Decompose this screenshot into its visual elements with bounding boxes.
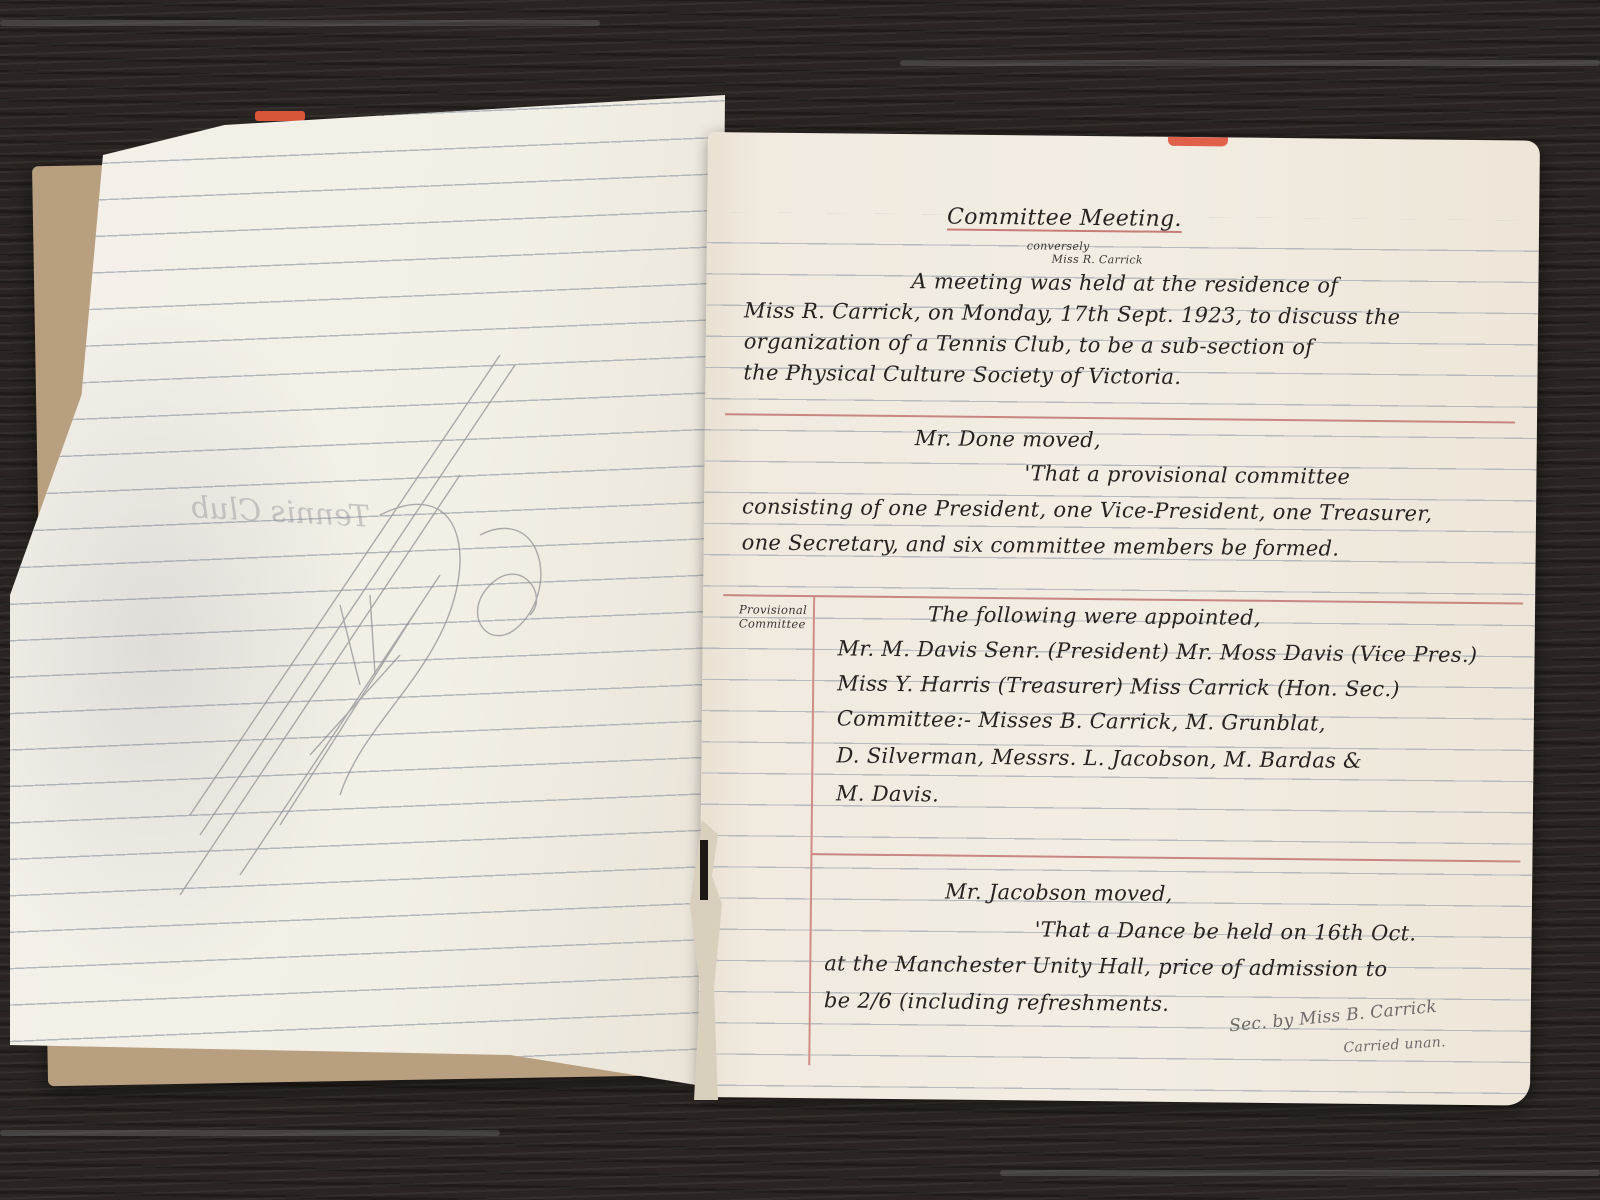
- insertion-name: Miss R. Carrick: [1052, 253, 1143, 267]
- meeting-title: Committee Meeting.: [947, 205, 1182, 232]
- margin-note: Provisional Committee: [739, 602, 829, 631]
- table-wood-grain: [1000, 1170, 1600, 1176]
- red-cover-tab: [255, 111, 305, 121]
- insertion-note: conversely: [1027, 239, 1090, 253]
- appointment-line: M. Davis.: [836, 781, 939, 806]
- pencil-scribble: [160, 355, 580, 915]
- spine-gap: [700, 840, 708, 900]
- red-page-tab: [1168, 137, 1228, 147]
- motion-line: 'That a Dance be held on 16th Oct.: [1035, 917, 1417, 945]
- motion-line: 'That a provisional committee: [1024, 461, 1350, 488]
- motion-mover: Mr. Done moved,: [915, 426, 1101, 452]
- paragraph-line: A meeting was held at the residence of: [911, 269, 1338, 297]
- left-page: Tennis Club: [10, 95, 725, 1095]
- table-wood-grain: [0, 1130, 500, 1136]
- table-wood-grain: [900, 60, 1600, 66]
- right-page: Committee Meeting. conversely Miss R. Ca…: [698, 132, 1540, 1106]
- appointment-line: Committee:- Misses B. Carrick, M. Grunbl…: [837, 706, 1326, 735]
- motion-line: be 2/6 (including refreshments.: [824, 988, 1170, 1016]
- appointments-heading: The following were appointed,: [928, 602, 1261, 629]
- paragraph-line: the Physical Culture Society of Victoria…: [743, 360, 1181, 389]
- table-wood-grain: [0, 20, 600, 26]
- motion-mover: Mr. Jacobson moved,: [945, 880, 1173, 906]
